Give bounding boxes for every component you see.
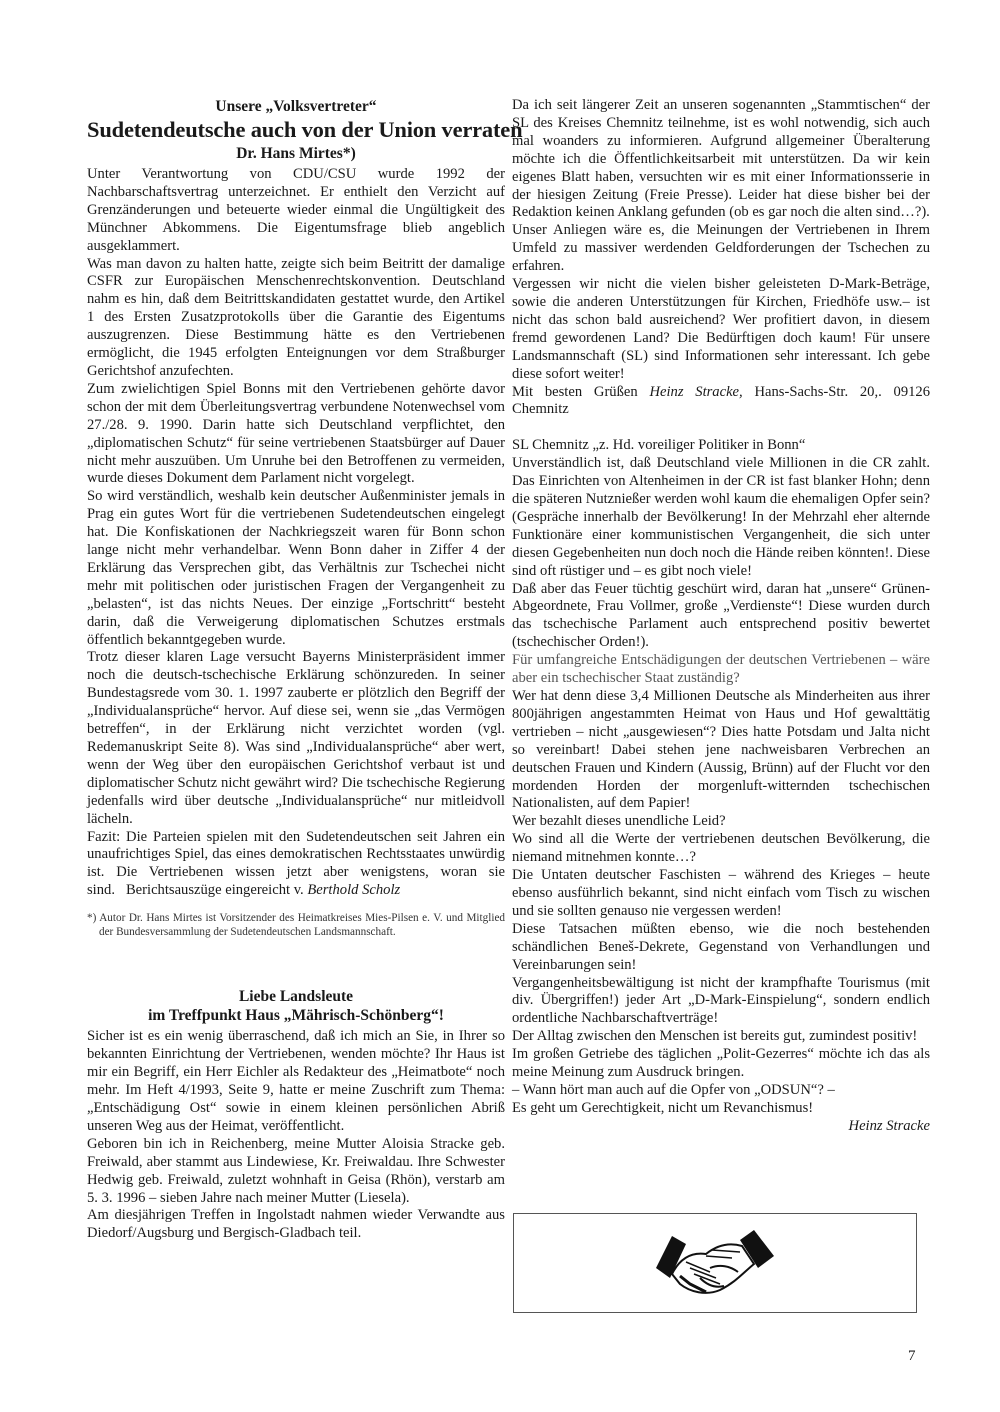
paragraph: Sicher ist es ein wenig überraschend, da… — [87, 1028, 505, 1135]
letter-closing: Mit besten Grüßen Heinz Stracke, Hans-Sa… — [512, 384, 930, 420]
paragraph: Es geht um Gerechtigkeit, nicht um Revan… — [512, 1100, 930, 1118]
letter-heading-line2: im Treffpunkt Haus „Mährisch-Schönberg“! — [148, 1007, 444, 1024]
paragraph: Da ich seit längerer Zeit an unseren sog… — [512, 97, 930, 222]
letter-heading: Liebe Landsleuteim Treffpunkt Haus „Mähr… — [87, 987, 505, 1025]
article-headline: Sudetendeutsche auch von der Union verra… — [87, 117, 505, 143]
paragraph-with-credit: Fazit: Die Parteien spielen mit den Sude… — [87, 829, 505, 901]
paragraph: Vergangenheitsbewältigung ist nicht der … — [512, 975, 930, 1029]
article-kicker: Unsere „Volksvertreter“ — [87, 97, 505, 116]
left-column: Unsere „Volksvertreter“ Sudetendeutsche … — [87, 97, 505, 1243]
paragraph: Daß aber das Feuer tüchtig geschürt wird… — [512, 581, 930, 653]
paragraph: So wird verständlich, weshalb kein deuts… — [87, 488, 505, 649]
paragraph: Unter Verantwortung von CDU/CSU wurde 19… — [87, 166, 505, 256]
paragraph: Trotz dieser klaren Lage versucht Bayern… — [87, 649, 505, 828]
closing-name: Heinz Stracke, — [649, 384, 742, 400]
paragraph: Der Alltag zwischen den Menschen ist ber… — [512, 1028, 930, 1046]
illustration-frame — [513, 1213, 917, 1313]
letter-heading-line1: Liebe Landsleute — [239, 988, 353, 1005]
right-column: Da ich seit längerer Zeit an unseren sog… — [512, 97, 930, 1136]
paragraph: Was man davon zu halten hatte, zeigte si… — [87, 256, 505, 381]
article-author: Dr. Hans Mirtes*) — [87, 144, 505, 163]
page-number: 7 — [908, 1348, 916, 1365]
paragraph: Wer hat denn diese 3,4 Millionen Deutsch… — [512, 688, 930, 813]
credit-prefix: Berichtsauszüge eingereicht v. — [126, 882, 304, 898]
paragraph: Wer bezahlt dieses unendliche Leid? — [512, 813, 930, 831]
footnote: *) Autor Dr. Hans Mirtes ist Vorsitzende… — [87, 912, 505, 939]
paragraph: Diese Tatsachen müßten ebenso, wie die n… — [512, 921, 930, 975]
paragraph: Unverständlich ist, daß Deutschland viel… — [512, 455, 930, 580]
paragraph: Geboren bin ich in Reichenberg, meine Mu… — [87, 1136, 505, 1208]
closing-prefix: Mit besten Grüßen — [512, 384, 638, 400]
paragraph: Für umfangreiche Entschädigungen der deu… — [512, 652, 930, 688]
article3-title: SL Chemnitz „z. Hd. voreiliger Politiker… — [512, 437, 930, 455]
paragraph: Zum zwielichtigen Spiel Bonns mit den Ve… — [87, 381, 505, 488]
signature: Heinz Stracke — [512, 1118, 930, 1136]
paragraph: Im großen Getriebe des täglichen „Polit-… — [512, 1046, 930, 1082]
credit-name: Berthold Scholz — [307, 882, 400, 898]
paragraph: Am diesjährigen Treffen in Ingolstadt na… — [87, 1207, 505, 1243]
spacer — [512, 419, 930, 437]
paragraph: Die Untaten deutscher Faschisten – währe… — [512, 867, 930, 921]
paragraph: Vergessen wir nicht die vielen bisher ge… — [512, 276, 930, 383]
handshake-icon — [650, 1228, 780, 1298]
paragraph: – Wann hört man auch auf die Opfer von „… — [512, 1082, 930, 1100]
paragraph: Unser Anliegen wäre es, die Meinungen de… — [512, 222, 930, 276]
paragraph: Wo sind all die Werte der vertriebenen d… — [512, 831, 930, 867]
